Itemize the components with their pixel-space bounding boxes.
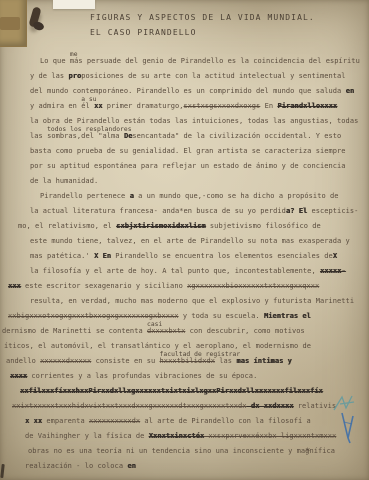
text-segment: basta como prueba de su genialidad. El g… [30,147,346,155]
text-segment: dernismo de Marinetti se contenta [2,327,147,335]
text-segment: mas patética.' [30,252,94,260]
staple-head-mark [32,20,45,31]
text-line: xxfilxxxfíxxxhxxPirxxdxllxgxxxxxxtxixtxi… [20,384,369,399]
text-segment: con descubrir, como motivos [185,327,304,335]
text-segment: consiste en su [91,357,159,365]
text-line: Pirandello pertenece a a un mundo que,-c… [40,189,369,204]
tape-smudge [0,17,20,30]
white-label [53,0,95,9]
text-segment: Lo que [40,57,70,65]
text-segment: obras no es una teoría ni un tendencia s… [28,447,335,455]
text-segment: más persuade del genio de Pirandello es … [70,57,360,65]
text-line: mo, el relativismo, el sxbjxtirismoxidxx… [18,219,369,234]
text-segment: la actual literatura francesa- anda*en b… [30,207,286,215]
text-segment: xxfilxxxfíxxxhxxPirxxdxllxgxxxxxxtxixtxi… [20,387,323,395]
text-segment: él [81,102,94,110]
text-segment: mo, el relativismo, el [18,222,116,230]
text-segment: dxxxxbxtx [147,327,185,335]
text-segment: xxx [8,282,21,290]
text-segment: posiciones de su arte con la actitud int… [81,72,345,80]
blue-pencil-checkmark [338,410,360,444]
text-segment: al arte de Pirandello con la filosofí a [140,417,311,425]
text-line: obras no es una teoría ni un tendencia s… [28,444,369,459]
text-segment: en [127,462,136,470]
text-segment: xxbigxxxotxogxgxxxtbxxogxgxxxxxxogxbxxxx [8,312,179,320]
typewritten-text: Lo que memás persuade del genio de Piran… [0,54,369,474]
text-segment: y admira en [30,102,81,110]
text-segment: Pirandello pertenece [40,192,130,200]
text-line: mas patética.' X En Pirandello se encuen… [30,249,369,264]
text-segment: xxsxpxrvexxéxxbx ligxxxntxmxxx [204,432,336,440]
text-segment: xxxx [10,372,27,380]
text-segment: emparenta [42,417,89,425]
text-segment: x xx [25,417,42,425]
text-segment: del mundo contemporáneo. Pirandello es u… [30,87,346,95]
text-line: xxxx corrientes y a las profundas vibrac… [10,369,369,384]
text-segment: corrientes y a las profundas vibraciones… [27,372,257,380]
page-subtitle: EL CASO PIRANDELLO [90,28,197,37]
text-segment: xx [94,102,103,110]
page-title: FIGURAS Y ASPECTOS DE LA VIDA MUNDIAL. [90,13,315,22]
text-segment: la filosofía y el arte de hoy. A tal pun… [30,267,320,275]
text-line: de Vaihingher y la física de Xxnxtxinxct… [25,429,369,444]
text-line: xxbigxxxotxogxgxxxtbxxogxgxxxxxxogxbxxxx… [8,309,369,324]
text-segment: las [215,357,236,365]
text-segment: de la humanidad. [30,177,98,185]
text-segment: sombras,del "alma [47,132,124,140]
text-segment: Pirandxlloxxxx [277,102,337,110]
text-segment: xxxxxxxxxxdx [89,417,140,425]
text-segment: xxxxxxdxxxxx [40,357,91,365]
text-segment: sencantada" de la civilización occidenta… [132,132,341,140]
text-segment: primer dramaturgo, [103,102,184,110]
manuscript-page: FIGURAS Y ASPECTOS DE LA VIDA MUNDIAL. E… [0,0,369,480]
text-segment: y toda su escuela. [179,312,264,320]
text-segment: Xxnxtxinxctéx [149,432,204,440]
text-segment: xxixtxxxxxtxxxhidxvixtxxtxxxdxxxgxxxxxxd… [12,402,247,410]
text-segment: Pirandello se encuentra los elementos es… [111,252,333,260]
text-segment: mas íntimas y [236,357,291,365]
text-segment: sxstxsgsxxoxdxoxgs [184,102,261,110]
text-segment: escepticis- [307,207,358,215]
text-line: y de las proposiciones de su arte con la… [30,69,369,84]
text-segment: hxxxtbilidxdx [160,357,215,365]
text-line: la actual literatura francesa- anda*en b… [30,204,369,219]
text-line: xxx este escritor sexagenario y sicilian… [8,279,369,294]
text-line: basta como prueba de su genialidad. El g… [30,144,369,159]
text-segment: dx xxdxxxx [247,402,294,410]
text-segment: subjetivismo filosófico de [206,222,321,230]
text-segment: X [333,252,337,260]
text-line: y admira en a suél xx primer dramaturgo,… [30,99,369,114]
text-line: resulta, en verdad, mucho mas moderno qu… [30,294,369,309]
text-segment: andello [6,357,40,365]
text-line: x xx emparenta xxxxxxxxxxdx al arte de P… [25,414,369,429]
text-line: este mundo tiene, talvez, en el arte de … [30,234,369,249]
text-line: por su aptitud espontánea para reflejar … [30,159,369,174]
text-segment: realización - lo coloca [25,462,127,470]
text-segment: este escritor sexagenario y siciliano [21,282,187,290]
text-line: las todos los resplandoressombras,del "a… [30,129,369,144]
text-segment: por su aptitud espontánea para reflejar … [30,162,346,170]
margin-asterisk: * [305,447,310,457]
text-line: realización - lo coloca en [25,459,369,474]
text-segment: El [299,207,308,215]
text-segment: a un mundo que,-como se ha dicho a propó… [134,192,339,200]
text-line: andello xxxxxxdxxxxx consiste en su facu… [6,354,369,369]
text-segment: En [260,102,277,110]
text-segment: las [30,132,47,140]
text-segment: pro [68,72,81,80]
text-segment: resulta, en verdad, mucho mas moderno qu… [30,297,354,305]
text-line: dernismo de Marinetti se contenta casidx… [2,324,369,339]
text-line: Lo que memás persuade del genio de Piran… [40,54,369,69]
text-segment: Mientras el [264,312,311,320]
text-segment: en [346,87,355,95]
text-line: xxixtxxxxxtxxxhidxvixtxxtxxxdxxxgxxxxxxd… [12,399,369,414]
text-line: de la humanidad. [30,174,369,189]
text-segment: X En [94,252,111,260]
text-segment: xgxxxxxxxbioxxxxxxtxtxxxgxxqxxx [187,282,319,290]
text-segment: este mundo tiene, talvez, en el arte de … [30,237,350,245]
text-line: la filosofía y el arte de hoy. A tal pun… [30,264,369,279]
text-segment: sxbjxtirismoxidxxlism [116,222,206,230]
text-segment: y de las [30,72,68,80]
text-segment: íticos, el automóvil, el transatlántico … [4,342,311,350]
text-segment: xxxxx- [320,267,346,275]
text-segment: la obra de Pirandello están todas las in… [30,117,358,125]
text-segment: de Vaihingher y la física de [25,432,149,440]
